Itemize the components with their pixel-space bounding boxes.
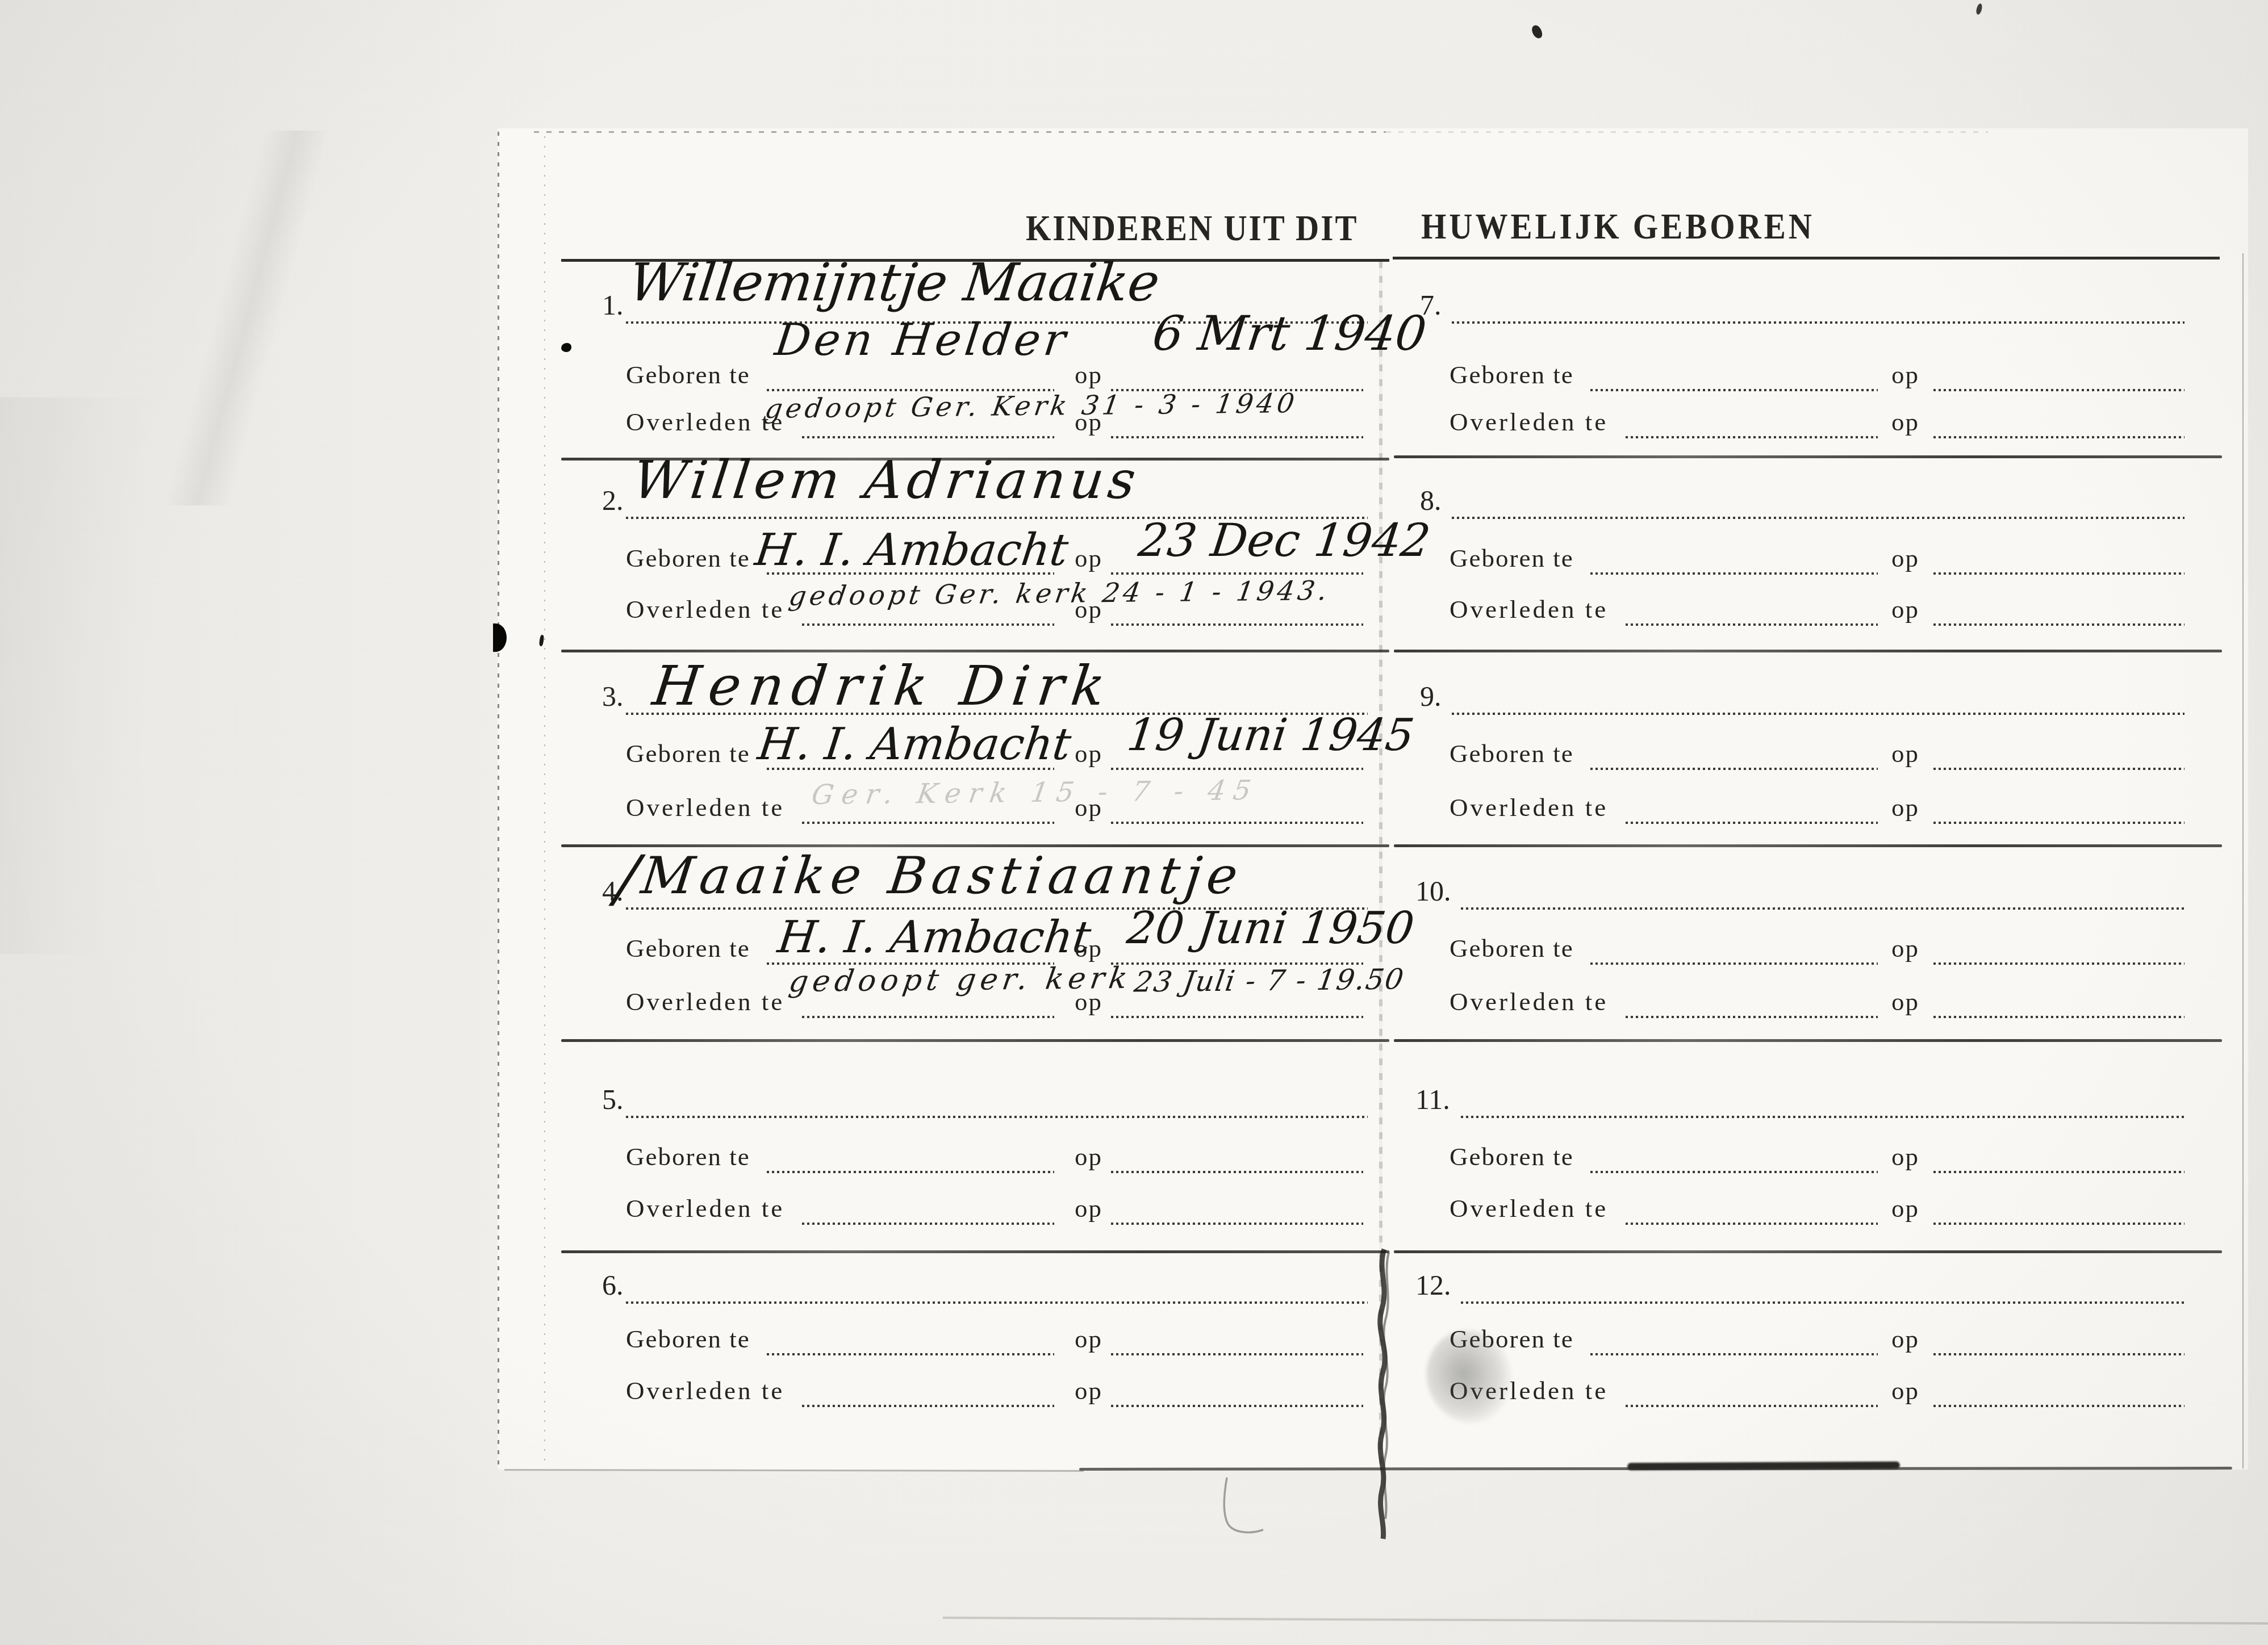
entry-separator <box>1394 1250 2222 1253</box>
child-name-handwriting: Willem Adrianus <box>630 454 1143 507</box>
born-label: Geboren te <box>626 546 750 571</box>
child-name-handwriting: Hendrik Dirk <box>650 659 1116 713</box>
died-label: Overleden te <box>626 597 784 622</box>
born-label: Geboren te <box>1450 936 1574 961</box>
dotted-line <box>1590 1171 1878 1173</box>
born-date-handwriting: 6 Mrt 1940 <box>1150 309 1429 357</box>
on-label: op <box>1075 795 1102 821</box>
born-label: Geboren te <box>1450 546 1574 571</box>
dotted-line <box>1452 713 2185 715</box>
dotted-line <box>1933 822 2185 824</box>
born-date-handwriting: 23 Dec 1942 <box>1136 518 1432 563</box>
page-title-right: HUWELIJK GEBOREN <box>1421 209 1815 245</box>
dotted-line <box>1933 623 2185 626</box>
died-label: Overleden te <box>1450 795 1608 821</box>
dotted-line <box>1933 1405 2185 1407</box>
dotted-line <box>1933 389 2185 391</box>
dotted-line <box>1111 623 1363 626</box>
dotted-line <box>1626 822 1878 824</box>
dotted-line <box>1590 962 1878 965</box>
born-label: Geboren te <box>626 1326 750 1352</box>
ink-speck <box>1531 24 1544 40</box>
dotted-line <box>1590 1353 1878 1355</box>
dotted-line <box>1933 572 2185 575</box>
born-label: Geboren te <box>1450 741 1574 767</box>
entry-separator <box>1394 650 2222 652</box>
child-name-handwriting: Willemijntje Maaike <box>626 257 1162 309</box>
stray-hairline-curve <box>1209 1474 1271 1539</box>
died-label: Overleden te <box>1450 409 1608 435</box>
entry-separator <box>561 1039 1389 1042</box>
dotted-line <box>802 822 1054 824</box>
on-label: op <box>1891 795 1919 821</box>
on-label: op <box>1891 936 1919 961</box>
died-label: Overleden te <box>1450 597 1608 622</box>
entry-number: 8. <box>1420 486 1442 514</box>
born-place-handwriting: Den Helder <box>772 318 1071 362</box>
dotted-line <box>1111 1223 1363 1225</box>
born-label: Geboren te <box>626 362 750 388</box>
born-label: Geboren te <box>626 741 750 767</box>
dotted-line <box>802 436 1054 438</box>
entry-separator <box>1394 844 2222 847</box>
page-bottom-edge-dark-blob <box>1627 1462 1900 1471</box>
died-label: Overleden te <box>626 1378 784 1404</box>
dotted-line <box>1461 1301 2185 1304</box>
page-bottom-edge-faint <box>504 1469 1084 1472</box>
entry-separator <box>561 650 1389 652</box>
dotted-line <box>1626 1405 1878 1407</box>
dotted-line <box>626 1116 1368 1118</box>
paper-wrinkle <box>0 397 295 954</box>
on-label: op <box>1891 1144 1919 1170</box>
dotted-line <box>1111 768 1363 770</box>
page-inner-fold-line <box>544 136 545 1467</box>
faint-pencil-note: Ger. Kerk 15 - 7 - 45 <box>810 777 1261 809</box>
baptism-date-note-handwriting: 23 Juli - 7 - 19.50 <box>1133 965 1406 997</box>
on-label: op <box>1075 1378 1102 1404</box>
header-rule-right <box>1393 257 2220 259</box>
dotted-line <box>1933 1171 2185 1173</box>
born-date-handwriting: 20 Juni 1950 <box>1125 906 1417 951</box>
child-name-handwriting: Maaike Bastiaantje <box>638 851 1246 902</box>
on-label: op <box>1891 741 1919 767</box>
dotted-line <box>1452 517 2185 519</box>
entry-separator <box>1394 455 2222 458</box>
page-title-left: KINDEREN UIT DIT <box>1026 211 1358 247</box>
scan-shadow-line <box>943 1617 2268 1625</box>
dotted-line <box>1111 1016 1363 1018</box>
dotted-line <box>1461 1116 2185 1118</box>
on-label: op <box>1075 936 1102 961</box>
on-label: op <box>1075 546 1102 571</box>
dotted-line <box>1933 962 2185 965</box>
dotted-line <box>802 1223 1054 1225</box>
entry-number: 10. <box>1415 877 1451 905</box>
on-label: op <box>1075 989 1102 1015</box>
baptism-note-handwriting: gedoopt Ger. kerk 24 - 1 - 1943. <box>787 577 1332 610</box>
dotted-line <box>1111 1171 1363 1173</box>
dotted-line <box>1626 1016 1878 1018</box>
entry-number: 2. <box>602 486 624 514</box>
entry-number: 11. <box>1415 1085 1450 1114</box>
dotted-line <box>802 1016 1054 1018</box>
dotted-line <box>1452 321 2185 324</box>
born-place-handwriting: H. I. Ambacht <box>775 915 1093 960</box>
dotted-line <box>1933 436 2185 438</box>
dotted-line <box>802 623 1054 626</box>
entry-number: 1. <box>602 291 624 319</box>
entry-number: 7. <box>1420 291 1442 319</box>
on-label: op <box>1891 989 1919 1015</box>
dotted-line <box>1933 1353 2185 1355</box>
on-label: op <box>1075 362 1102 388</box>
born-place-handwriting: H. I. Ambacht <box>753 528 1071 572</box>
entry-separator <box>561 1250 1389 1253</box>
dotted-line <box>1111 572 1363 575</box>
baptism-note-handwriting: gedoopt Ger. Kerk 31 - 3 - 1940 <box>763 390 1300 422</box>
dotted-line <box>1111 1353 1363 1355</box>
dotted-line <box>1111 436 1363 438</box>
binding-thread <box>1360 1246 1406 1542</box>
ink-dot-mark <box>561 343 571 352</box>
on-label: op <box>1891 1378 1919 1404</box>
page-top-edge-faint <box>1386 131 1988 133</box>
dotted-line <box>1111 1405 1363 1407</box>
on-label: op <box>1075 741 1102 767</box>
died-label: Overleden te <box>626 409 784 435</box>
on-label: op <box>1075 1144 1102 1170</box>
page-right-edge <box>2242 253 2244 1468</box>
entry-number: 3. <box>602 682 624 710</box>
dotted-line <box>1111 822 1363 824</box>
died-label: Overleden te <box>626 795 784 821</box>
on-label: op <box>1891 1326 1919 1352</box>
dotted-line <box>1626 623 1878 626</box>
on-label: op <box>1891 409 1919 435</box>
born-label: Geboren te <box>1450 362 1574 388</box>
born-label: Geboren te <box>626 1144 750 1170</box>
died-label: Overleden te <box>1450 1196 1608 1221</box>
page-left-edge <box>498 132 499 1470</box>
dotted-line <box>767 1171 1054 1173</box>
on-label: op <box>1891 1196 1919 1221</box>
dotted-line <box>802 1405 1054 1407</box>
dotted-line <box>1933 768 2185 770</box>
died-label: Overleden te <box>1450 989 1608 1015</box>
born-label: Geboren te <box>1450 1144 1574 1170</box>
ink-speck <box>1975 3 1983 15</box>
dotted-line <box>1933 1016 2185 1018</box>
died-label: Overleden te <box>626 1196 784 1221</box>
on-label: op <box>1891 546 1919 571</box>
dotted-line <box>626 1301 1368 1304</box>
dotted-line <box>1626 1223 1878 1225</box>
on-label: op <box>1075 1326 1102 1352</box>
on-label: op <box>1075 1196 1102 1221</box>
entry-number: 12. <box>1415 1271 1451 1299</box>
on-label: op <box>1075 597 1102 622</box>
entry-number: 6. <box>602 1271 624 1299</box>
born-date-handwriting: 19 Juni 1945 <box>1125 713 1417 757</box>
on-label: op <box>1891 597 1919 622</box>
dotted-line <box>1590 768 1878 770</box>
document-scan: KINDEREN UIT DIT HUWELIJK GEBOREN 1. Wil… <box>0 0 2268 1645</box>
dotted-line <box>767 1353 1054 1355</box>
on-label: op <box>1891 362 1919 388</box>
on-label: op <box>1075 409 1102 435</box>
page-top-edge <box>534 131 1386 133</box>
dotted-line <box>1590 389 1878 391</box>
dotted-line <box>1933 1223 2185 1225</box>
born-label: Geboren te <box>626 936 750 961</box>
died-label: Overleden te <box>626 989 784 1015</box>
entry-separator <box>1394 1039 2222 1042</box>
born-place-handwriting: H. I. Ambacht <box>755 722 1074 767</box>
entry-number: 9. <box>1420 682 1442 710</box>
dotted-line <box>1590 572 1878 575</box>
entry-number: 5. <box>602 1085 624 1114</box>
dotted-line <box>1626 436 1878 438</box>
dotted-line <box>1461 907 2185 910</box>
